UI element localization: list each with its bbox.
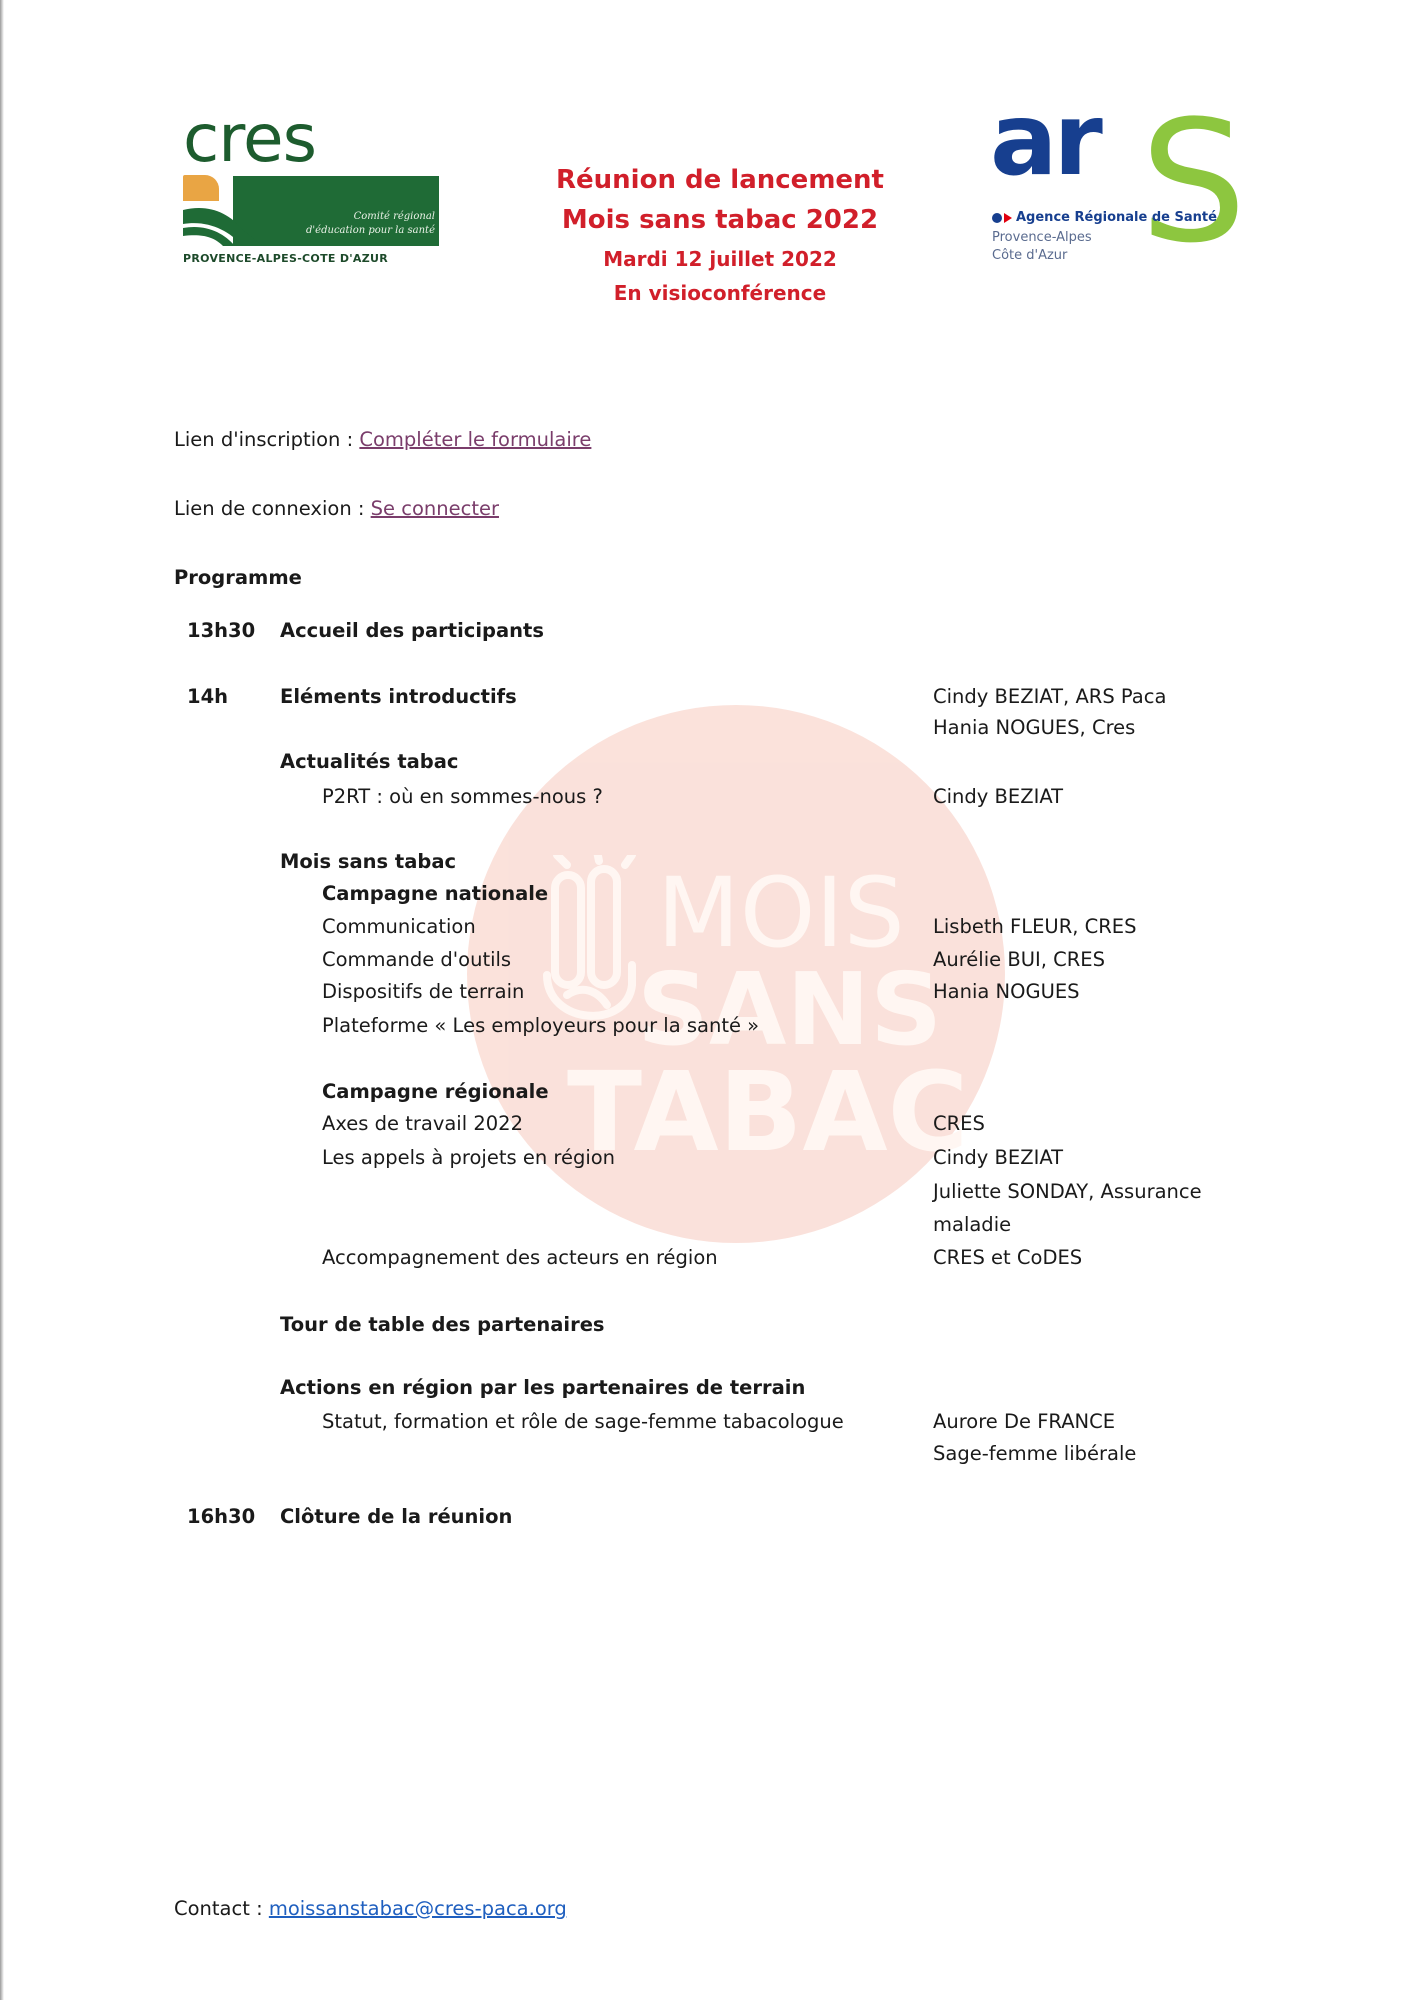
connexion-label: Lien de connexion :	[174, 497, 371, 520]
agenda-speaker: Cindy BEZIAT	[933, 785, 1063, 808]
agenda-item-title: Actions en région par les partenaires de…	[280, 1376, 805, 1399]
title-line1: Réunion de lancement	[520, 160, 920, 200]
document-title: Réunion de lancement Mois sans tabac 202…	[520, 160, 920, 310]
agenda-speaker: Aurélie BUI, CRES	[933, 948, 1105, 971]
agenda-section-heading: Campagne nationale	[322, 882, 548, 905]
title-line2: Mois sans tabac 2022	[520, 200, 920, 240]
agenda-speaker: Hania NOGUES, Cres	[933, 716, 1135, 739]
agenda-speaker: CRES	[933, 1112, 985, 1135]
contact-line: Contact : moissanstabac@cres-paca.org	[174, 1897, 567, 1920]
ars-logo: ar S Agence Régionale de Santé Provence-…	[990, 112, 1270, 282]
cres-wordmark: cres	[183, 106, 316, 172]
cres-subtitle: Comité régional d'éducation pour la sant…	[306, 210, 435, 238]
ars-arrow-icon	[1004, 213, 1012, 223]
agenda-subitem: Communication	[322, 915, 476, 938]
cres-region: PROVENCE-ALPES-COTE D'AZUR	[183, 252, 388, 265]
ars-agency-name: Agence Régionale de Santé	[992, 210, 1217, 225]
inscription-link[interactable]: Compléter le formulaire	[359, 428, 591, 451]
watermark-tabac: TABAC	[567, 1057, 968, 1167]
agenda-subitem: Accompagnement des acteurs en région	[322, 1246, 718, 1269]
agenda-subitem: Les appels à projets en région	[322, 1146, 615, 1169]
watermark-mois: MOIS	[657, 865, 905, 961]
agenda-item-title: Actualités tabac	[280, 750, 458, 773]
ars-s-letter: S	[1140, 98, 1247, 266]
ars-region-line2: Côte d'Azur	[992, 248, 1067, 263]
programme-heading: Programme	[174, 566, 302, 589]
ars-dot-icon	[992, 213, 1002, 223]
agenda-speaker: Juliette SONDAY, Assurance	[933, 1180, 1202, 1203]
contact-email-link[interactable]: moissanstabac@cres-paca.org	[269, 1897, 567, 1920]
agenda-speaker: Aurore De FRANCE	[933, 1410, 1115, 1433]
cres-logo: cres Comité régional d'éducation pour la…	[183, 120, 443, 270]
agenda-section-heading: Campagne régionale	[322, 1080, 549, 1103]
cres-subtitle-line2: d'éducation pour la santé	[306, 224, 435, 238]
agenda-subitem: Commande d'outils	[322, 948, 511, 971]
inscription-line: Lien d'inscription : Compléter le formul…	[174, 428, 591, 451]
agenda-item-title: Clôture de la réunion	[280, 1505, 512, 1528]
meeting-mode: En visioconférence	[520, 276, 920, 310]
agenda-speaker: Sage-femme libérale	[933, 1442, 1136, 1465]
agenda-time: 13h30	[187, 619, 255, 642]
agenda-speaker: Hania NOGUES	[933, 980, 1080, 1003]
meeting-date: Mardi 12 juillet 2022	[520, 242, 920, 276]
agenda-time: 14h	[187, 685, 228, 708]
agenda-subitem: Dispositifs de terrain	[322, 980, 524, 1003]
ars-wordmark: ar	[990, 90, 1099, 190]
agenda-item-title: Tour de table des partenaires	[280, 1313, 605, 1336]
agenda-item-title: Accueil des participants	[280, 619, 544, 642]
connexion-link[interactable]: Se connecter	[371, 497, 499, 520]
agenda-speaker: Cindy BEZIAT	[933, 1146, 1063, 1169]
agenda-speaker: Cindy BEZIAT, ARS Paca	[933, 685, 1166, 708]
agenda-time: 16h30	[187, 1505, 255, 1528]
agenda-item-title: Eléments introductifs	[280, 685, 517, 708]
agenda-subitem: Plateforme « Les employeurs pour la sant…	[322, 1014, 759, 1037]
agenda-speaker: CRES et CoDES	[933, 1246, 1082, 1269]
watermark-sans: SANS	[637, 960, 942, 1060]
agenda-subitem: Statut, formation et rôle de sage-femme …	[322, 1410, 844, 1433]
ars-region-line1: Provence-Alpes	[992, 230, 1092, 245]
inscription-label: Lien d'inscription :	[174, 428, 359, 451]
ars-agency-label: Agence Régionale de Santé	[1016, 210, 1217, 225]
agenda-subitem: P2RT : où en sommes-nous ?	[322, 785, 603, 808]
agenda-speaker: Lisbeth FLEUR, CRES	[933, 915, 1137, 938]
agenda-item-title: Mois sans tabac	[280, 850, 456, 873]
agenda-speaker: maladie	[933, 1213, 1011, 1236]
contact-label: Contact :	[174, 1897, 269, 1920]
page-edge	[0, 0, 4, 2000]
cres-subtitle-line1: Comité régional	[306, 210, 435, 224]
connexion-line: Lien de connexion : Se connecter	[174, 497, 499, 520]
agenda-subitem: Axes de travail 2022	[322, 1112, 523, 1135]
cres-wave-icon	[183, 190, 263, 246]
